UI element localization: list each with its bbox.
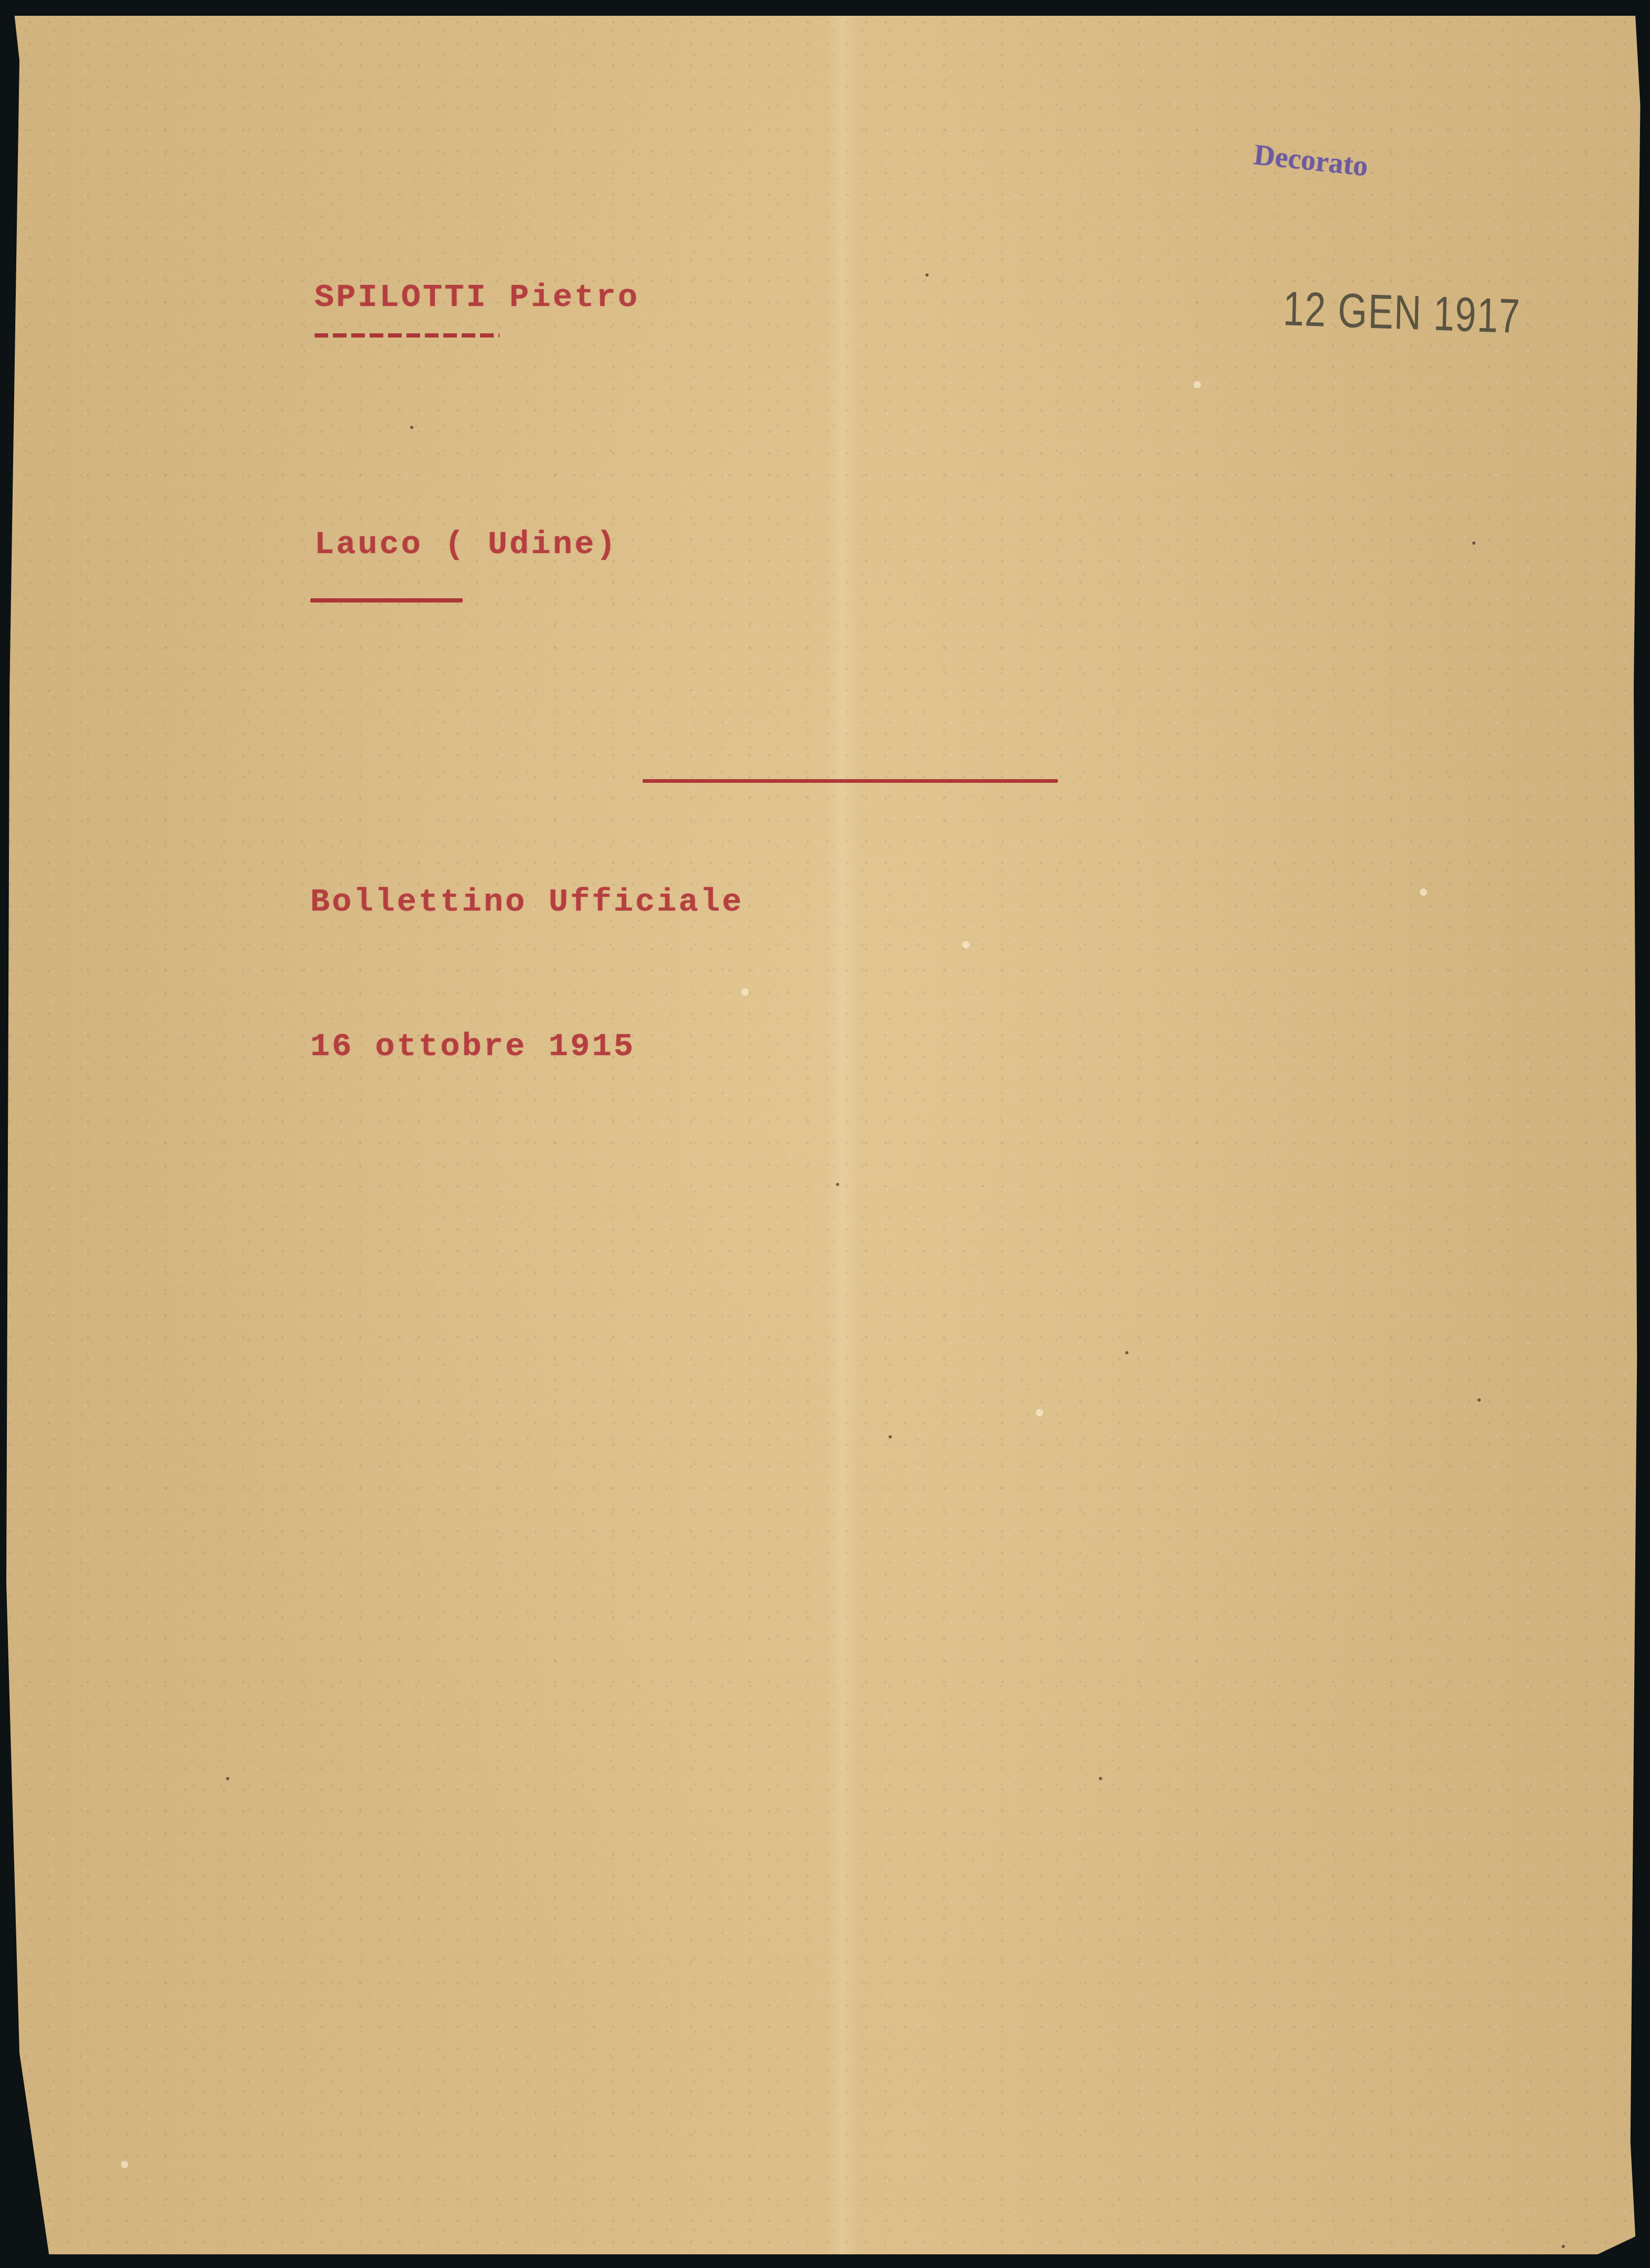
paper-blemish (741, 988, 749, 996)
paper-speck (410, 426, 413, 429)
paper-blemish (1194, 381, 1201, 389)
paper-speck (1472, 542, 1475, 545)
paper-speck (226, 1777, 229, 1780)
paper-speck (836, 1183, 839, 1186)
paper-speck (1478, 1398, 1481, 1402)
paper-blemish (962, 941, 970, 948)
paper-blemish (121, 2161, 128, 2168)
section-divider (643, 779, 1058, 783)
paper-speck (1125, 1351, 1128, 1354)
paper-speck (1099, 1777, 1102, 1780)
date-received-stamp: 12 GEN 1917 (1282, 281, 1521, 344)
paper-speck (889, 1435, 892, 1438)
document-sheet (6, 16, 1647, 2254)
birthplace-underline (310, 598, 463, 602)
paper-blemish (1036, 1409, 1043, 1416)
source-publication: Bollettino Ufficiale (310, 883, 743, 921)
publication-date: 16 ottobre 1915 (310, 1028, 635, 1065)
birthplace: Lauco ( Udine) (314, 526, 618, 563)
paper-blemish (1420, 888, 1427, 896)
name-underline (314, 333, 500, 338)
paper-speck (925, 273, 929, 277)
paper-fold-highlight (827, 16, 858, 2254)
person-name: SPILOTTI Pietro (314, 279, 639, 316)
paper-speck (1562, 2245, 1565, 2248)
